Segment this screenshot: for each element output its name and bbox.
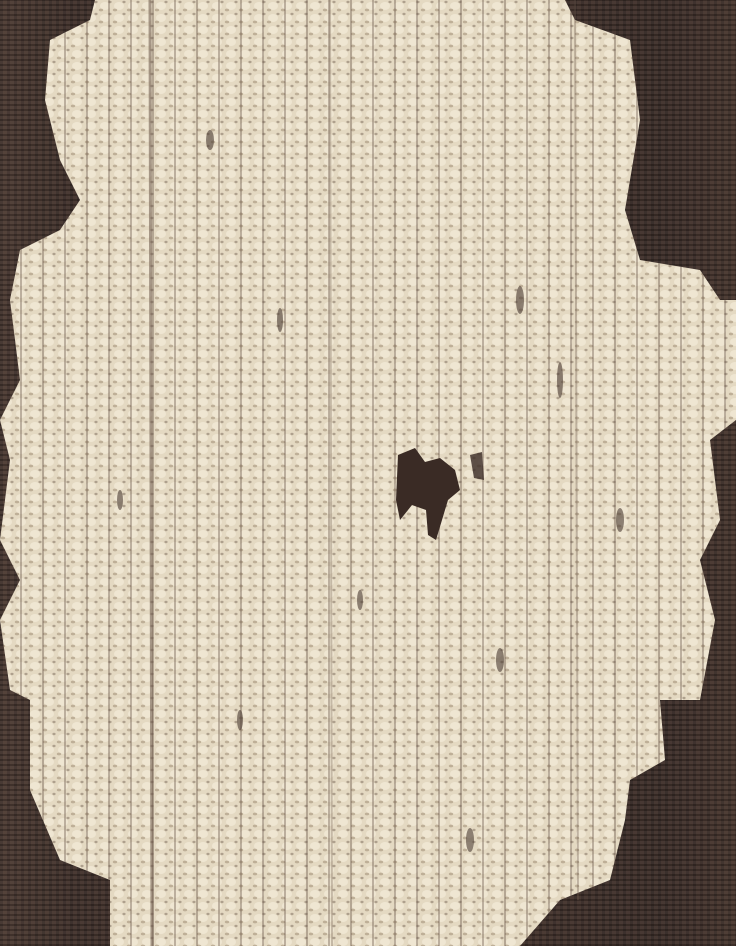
cream-pile-medallion (0, 0, 736, 946)
textile-photo (0, 0, 736, 946)
seam-line (150, 0, 152, 946)
